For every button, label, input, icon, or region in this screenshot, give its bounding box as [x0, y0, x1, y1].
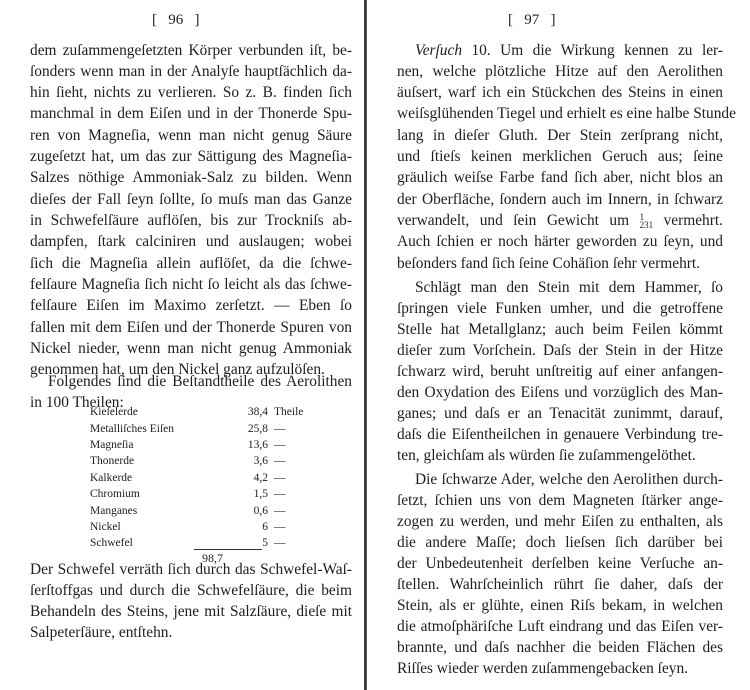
- text-line: Die ſchwarze Ader, welche den Aerolithen…: [397, 470, 723, 490]
- text-line: ren von Magneſia, wenn man nicht genug S…: [30, 126, 352, 146]
- component-value: 13,6: [228, 437, 274, 453]
- text-span: vermehrt.: [664, 212, 723, 229]
- text-line: Stein, als er glühte, einen Riſs bekam, …: [397, 596, 723, 616]
- text-line: ſpringen viele Funken umher, und die get…: [397, 299, 723, 319]
- paragraph-first-line: Verſuch 10. Um die Wirkung kennen zu ler…: [397, 41, 723, 61]
- component-unit: —: [274, 437, 314, 453]
- page-number: [ 96 ]: [152, 12, 200, 29]
- text-line: dem zuſammengeſetzten Körper verbunden i…: [30, 41, 352, 61]
- text-line: und ſtieſs keinen merklichen Geruch aus;…: [397, 147, 723, 167]
- component-value: 25,8: [228, 420, 274, 436]
- page-gutter: [364, 0, 367, 690]
- table-row: Nickel 6 —: [90, 519, 314, 535]
- component-name: Kalkerde: [90, 470, 228, 486]
- text-line: Auch ſchien er noch härter geworden zu ſ…: [397, 232, 723, 252]
- component-name: Chromium: [90, 486, 228, 502]
- left-page: [ 96 ] dem zuſammengeſetzten Körper verb…: [0, 0, 364, 690]
- component-value: 6: [228, 519, 274, 535]
- text-line: dieſes der Fall ſeyn ſollte, ſo muſs man…: [30, 190, 352, 210]
- text-line: weiſsglühenden Tiegel und erhielt es ein…: [397, 104, 723, 124]
- text-line: zogen zu werden, und mehr Eiſen zu entha…: [397, 512, 723, 532]
- weight-line: verwandelt, und ſein Gewicht um 1231 ver…: [397, 211, 723, 231]
- text-line: die andere Maſſe; doch lieſsen ſich darü…: [397, 533, 723, 553]
- component-name: Nickel: [90, 519, 228, 535]
- text-line: dieſer zum Vorſchein. Daſs der Stein in …: [397, 341, 723, 361]
- text-line: ſonders wenn man in der Analyſe hauptſäc…: [30, 62, 352, 82]
- component-value: 0,6: [228, 502, 274, 518]
- text-line: Stelle hat Metallglanz; auch beim Feilen…: [397, 320, 723, 340]
- text-line: Salzes nöthige Ammoniak-Salz zu bilden. …: [30, 168, 352, 188]
- text-line: gräulich weiſse Farbe fand ſich aber, ni…: [397, 168, 723, 188]
- text-line: ſchwarz wird, beruht unſtreitig auf eine…: [397, 362, 723, 382]
- text-line: dampfen, ſtark calciniren und auslaugen;…: [30, 232, 352, 252]
- text-line: zugeſetzt hat, um das zur Sättigung des …: [30, 147, 352, 167]
- paragraph-line: Folgendes ſind die Beſtandtheile des Aer…: [30, 372, 352, 392]
- table-row: Thonerde 3,6 —: [90, 453, 314, 469]
- paragraph-line: Der Schwefel verräth ſich durch das Schw…: [30, 560, 352, 580]
- component-value: 1,5: [228, 486, 274, 502]
- table-row: Chromium 1,5 —: [90, 486, 314, 502]
- composition-table: Kieſelerde 38,4 Theile Metalliſches Eiſe…: [90, 404, 314, 552]
- text-line: fallen mit dem Eiſen und der Thonerde Sp…: [30, 318, 352, 338]
- paragraph-line: ſerſtoffgas und durch die Schwefelſäure,…: [30, 581, 352, 601]
- component-unit: Theile: [274, 404, 314, 420]
- text-line: ſich die Magneſia allein auflöſet, da di…: [30, 254, 352, 274]
- component-name: Metalliſches Eiſen: [90, 420, 228, 436]
- text-line: der Oberfläche, ſondern auch im Innern, …: [397, 190, 723, 210]
- component-value: 4,2: [228, 470, 274, 486]
- table-row: Manganes 0,6 —: [90, 502, 314, 518]
- text-line: felſaure Eiſen im Maximo zerſetzt. — Ebe…: [30, 296, 352, 316]
- text-span: 10. Um die Wirkung kennen zu ler-: [462, 42, 723, 59]
- component-unit: —: [274, 470, 314, 486]
- component-value: 3,6: [228, 453, 274, 469]
- component-name: Kieſelerde: [90, 404, 228, 420]
- table-row: Magneſia 13,6 —: [90, 437, 314, 453]
- right-page: [ 97 ] Verſuch 10. Um die Wirkung kennen…: [368, 0, 750, 690]
- text-span: verwandelt, und ſein Gewicht um: [397, 212, 629, 229]
- text-line: in Schwefelſäure auflöſen, bis zur Trock…: [30, 211, 352, 231]
- component-unit: —: [274, 453, 314, 469]
- text-line: den Oxydation des Eiſens und vorzüglich …: [397, 383, 723, 403]
- text-line: ſtellen. Wahrſcheinlich rührt ſie daher,…: [397, 575, 723, 595]
- text-line: Schlägt man den Stein mit dem Hammer, ſo: [397, 278, 723, 298]
- paragraph-line: Salpeterſäure, entſtehn.: [30, 623, 352, 643]
- text-line: äuſsert, warf ich ein Stückchen des Stei…: [397, 83, 723, 103]
- text-line: Riſſes wieder werden zuſammengebacken ſe…: [397, 659, 723, 679]
- component-unit: —: [274, 502, 314, 518]
- component-unit: —: [274, 535, 314, 551]
- component-name: Magneſia: [90, 437, 228, 453]
- paragraph-line: Behandeln des Steins, jene mit Salzſäure…: [30, 602, 352, 622]
- sum-rule: [194, 549, 262, 550]
- component-unit: —: [274, 420, 314, 436]
- component-unit: —: [274, 486, 314, 502]
- text-line: nen, welche plötzliche Hitze auf den Aer…: [397, 62, 723, 82]
- table-row: Kalkerde 4,2 —: [90, 470, 314, 486]
- text-line: ganes; und daſs er an Tenacität zunimmt,…: [397, 404, 723, 424]
- text-line: die atmoſphäriſche Luft eindrang und das…: [397, 617, 723, 637]
- page-number: [ 97 ]: [508, 12, 556, 29]
- component-unit: —: [274, 519, 314, 535]
- text-line: Nickel nieder, wenn man nicht genug Ammo…: [30, 339, 352, 359]
- text-line: der Unbedeutenheit derſelben keine Verſu…: [397, 554, 723, 574]
- fraction-denominator: 231: [640, 221, 654, 229]
- text-line: daſs die Eiſentheilchen in genauere Verb…: [397, 425, 723, 445]
- experiment-label: Verſuch: [415, 42, 462, 59]
- text-line: ten, gleichſam als würden ſie zuſammenge…: [397, 446, 723, 466]
- fraction: 1231: [640, 213, 654, 229]
- text-line: lang in dieſer Gluth. Der Stein zerſpran…: [397, 126, 723, 146]
- text-line: ſetzt, ſchien uns von dem Magneten ſtärk…: [397, 491, 723, 511]
- text-line: felſaure Magneſia ſich nicht ſo leicht a…: [30, 275, 352, 295]
- component-value: 38,4: [228, 404, 274, 420]
- text-line: brannte, und daſs nachher die beiden Flä…: [397, 638, 723, 658]
- component-name: Manganes: [90, 502, 228, 518]
- table-row: Metalliſches Eiſen 25,8 —: [90, 420, 314, 436]
- text-line: beſonders fand ſich ſeine Cohäſion ſehr …: [397, 254, 723, 274]
- table-row: Kieſelerde 38,4 Theile: [90, 404, 314, 420]
- text-line: hin ſieht, nichts zu verlieren. So z. B.…: [30, 83, 352, 103]
- text-line: manchmal in dem Eiſen und in der Thonerd…: [30, 104, 352, 124]
- component-name: Thonerde: [90, 453, 228, 469]
